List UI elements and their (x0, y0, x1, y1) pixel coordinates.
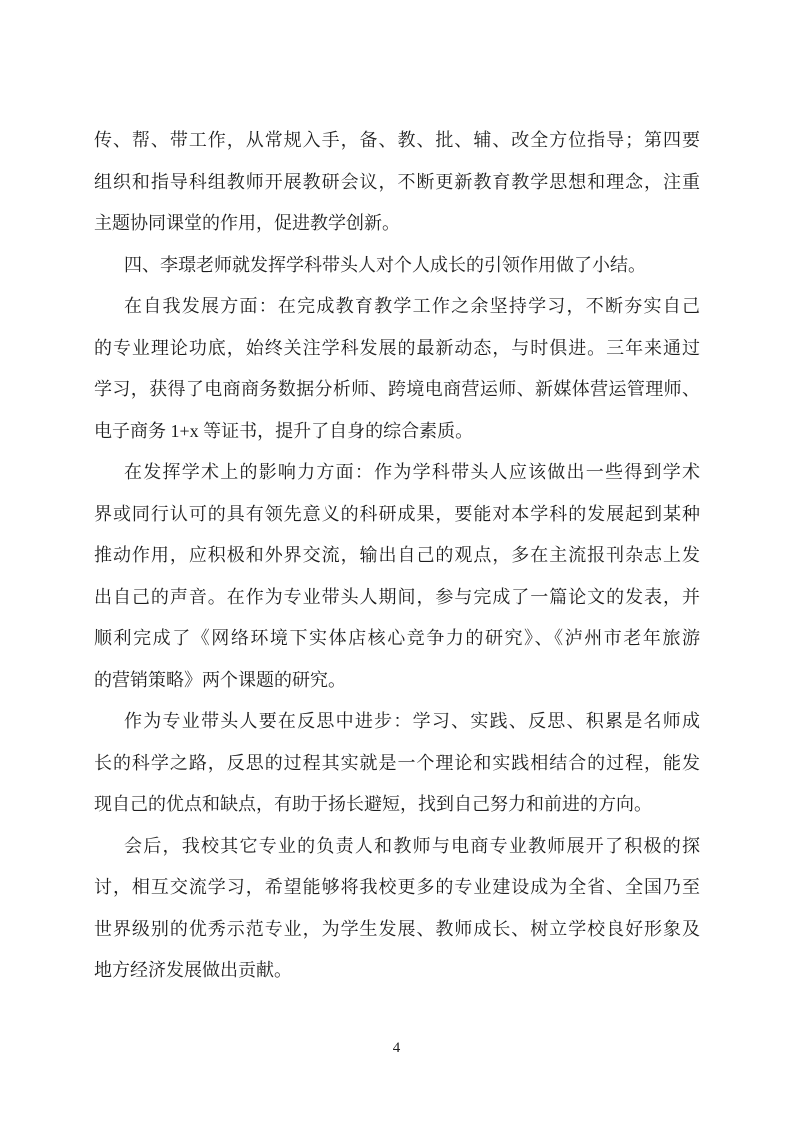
text-line: 传、帮、带工作，从常规入手，备、教、批、辅、改全方位指导；第四要 (94, 120, 700, 162)
paragraph: 作为专业带头人要在反思中进步：学习、实践、反思、积累是名师成 长的科学之路，反思… (94, 701, 700, 826)
text-line: 在发挥学术上的影响力方面：作为学科带头人应该做出一些得到学术 (94, 452, 700, 494)
text-line: 出自己的声音。在作为专业带头人期间，参与完成了一篇论文的发表，并 (94, 577, 700, 619)
text-line: 讨，相互交流学习，希望能够将我校更多的专业建设成为全省、全国乃至 (94, 867, 700, 909)
paragraph: 在自我发展方面：在完成教育教学工作之余坚持学习，不断夯实自己 的专业理论功底，始… (94, 286, 700, 452)
text-line: 作为专业带头人要在反思中进步：学习、实践、反思、积累是名师成 (94, 701, 700, 743)
paragraph: 在发挥学术上的影响力方面：作为学科带头人应该做出一些得到学术 界或同行认可的具有… (94, 452, 700, 701)
text-line: 学习，获得了电商商务数据分析师、跨境电商营运师、新媒体营运管理师、 (94, 369, 700, 411)
paragraph: 会后，我校其它专业的负责人和教师与电商专业教师展开了积极的探 讨，相互交流学习，… (94, 826, 700, 992)
text-line: 长的科学之路，反思的过程其实就是一个理论和实践相结合的过程，能发 (94, 743, 700, 785)
text-line: 在自我发展方面：在完成教育教学工作之余坚持学习，不断夯实自己 (94, 286, 700, 328)
text-line: 的营销策略》两个课题的研究。 (94, 660, 700, 702)
text-line: 地方经济发展做出贡献。 (94, 950, 700, 992)
paragraph: 四、李璟老师就发挥学科带头人对个人成长的引领作用做了小结。 (94, 245, 700, 287)
text-line: 推动作用，应积极和外界交流，输出自己的观点，多在主流报刊杂志上发 (94, 535, 700, 577)
text-line: 顺利完成了《网络环境下实体店核心竞争力的研究》、《泸州市老年旅游 (94, 618, 700, 660)
text-line: 组织和指导科组教师开展教研会议，不断更新教育教学思想和理念，注重 (94, 162, 700, 204)
page-number: 4 (0, 1038, 793, 1058)
text-line: 四、李璟老师就发挥学科带头人对个人成长的引领作用做了小结。 (94, 245, 700, 287)
text-line: 主题协同课堂的作用，促进教学创新。 (94, 203, 700, 245)
text-line: 现自己的优点和缺点，有助于扬长避短，找到自己努力和前进的方向。 (94, 784, 700, 826)
text-line: 的专业理论功底，始终关注学科发展的最新动态，与时俱进。三年来通过 (94, 328, 700, 370)
text-line: 世界级别的优秀示范专业，为学生发展、教师成长、树立学校良好形象及 (94, 909, 700, 951)
paragraph: 传、帮、带工作，从常规入手，备、教、批、辅、改全方位指导；第四要 组织和指导科组… (94, 120, 700, 245)
text-line: 会后，我校其它专业的负责人和教师与电商专业教师展开了积极的探 (94, 826, 700, 868)
document-page: 传、帮、带工作，从常规入手，备、教、批、辅、改全方位指导；第四要 组织和指导科组… (0, 0, 793, 1122)
text-line: 电子商务 1+x 等证书，提升了自身的综合素质。 (94, 411, 700, 453)
document-body: 传、帮、带工作，从常规入手，备、教、批、辅、改全方位指导；第四要 组织和指导科组… (94, 120, 700, 992)
text-line: 界或同行认可的具有领先意义的科研成果，要能对本学科的发展起到某种 (94, 494, 700, 536)
